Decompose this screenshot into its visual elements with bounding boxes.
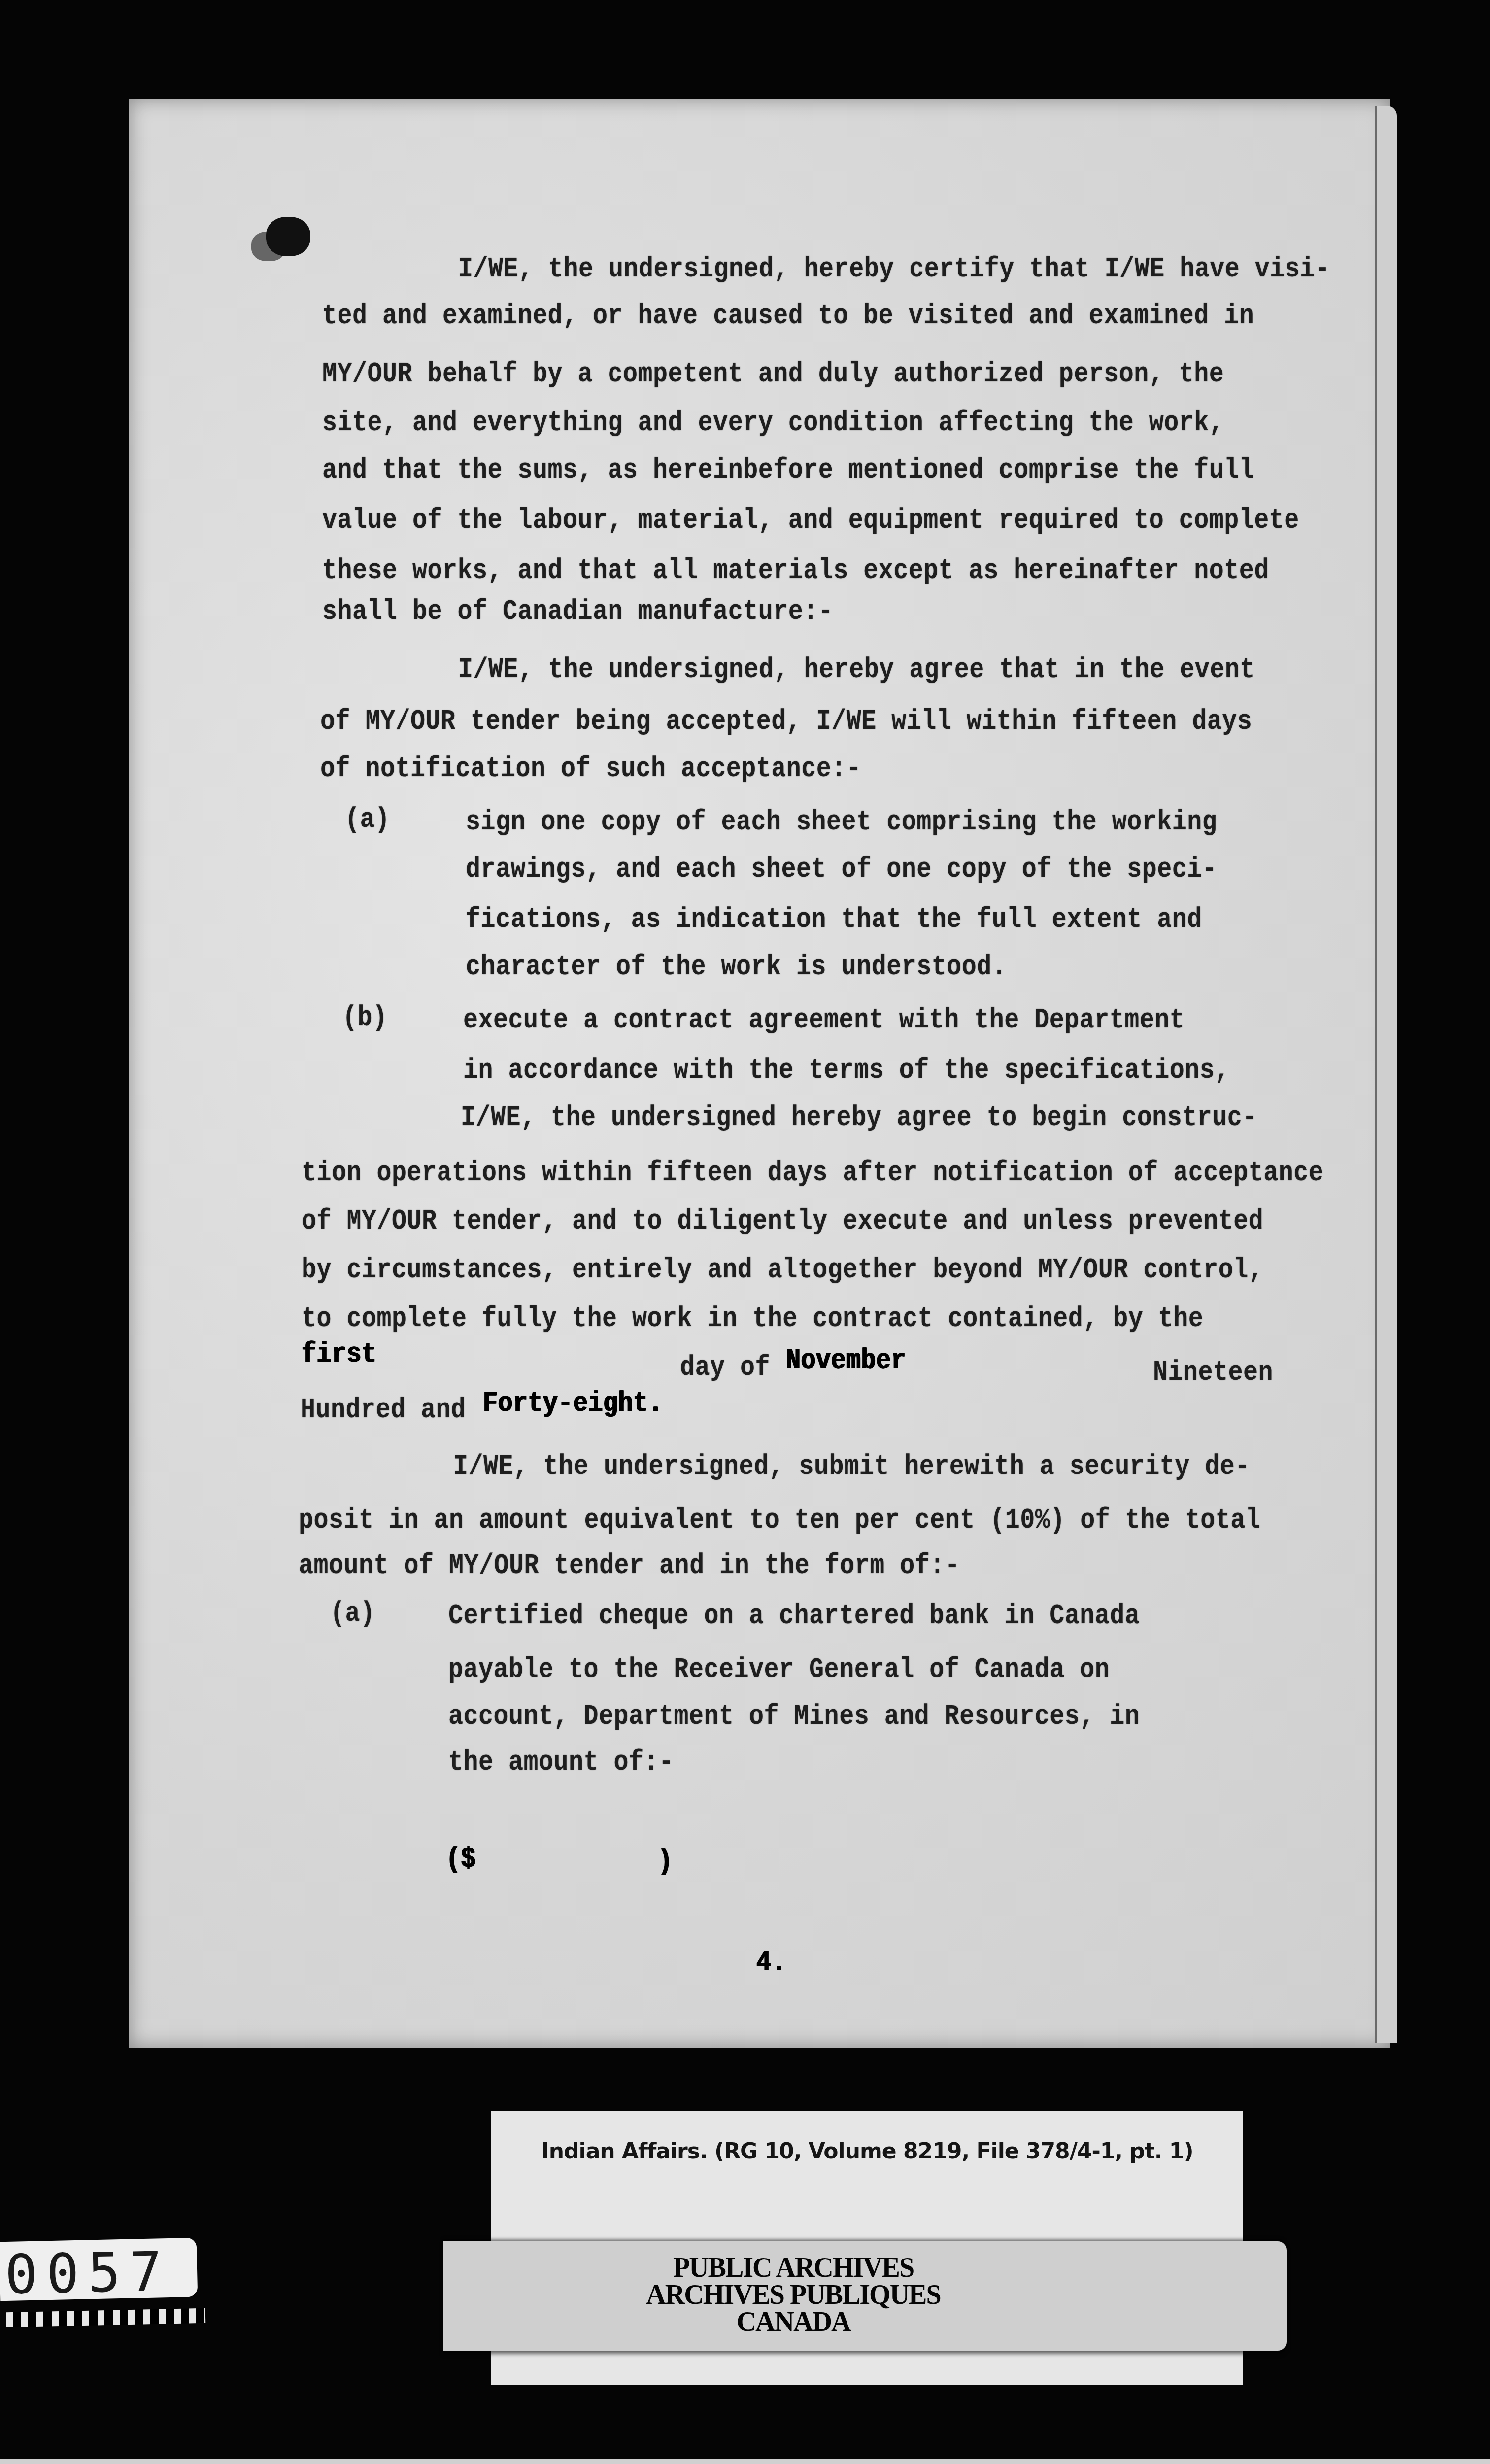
page-number: 4. xyxy=(756,1947,786,1981)
text-line: MY/OUR behalf by a competent and duly au… xyxy=(322,358,1224,392)
day-of-label: day of xyxy=(680,1351,770,1385)
text-line: of notification of such acceptance:- xyxy=(320,753,861,787)
archive-stamp-line-3: CANADA xyxy=(572,2309,1015,2336)
text-line: shall be of Canadian manufacture:- xyxy=(322,595,833,629)
text-line: I/WE, the undersigned hereby agree to be… xyxy=(461,1101,1257,1135)
text-line: payable to the Receiver General of Canad… xyxy=(448,1653,1110,1687)
completion-month-value: November xyxy=(786,1344,906,1378)
list-marker: (a) xyxy=(330,1597,375,1631)
text-line: account, Department of Mines and Resourc… xyxy=(448,1700,1140,1734)
list-marker: (b) xyxy=(342,1001,388,1035)
nineteen-label: Nineteen xyxy=(1153,1356,1273,1390)
page-edge xyxy=(1375,106,1397,2043)
amount-field-open: ($ xyxy=(446,1843,476,1877)
text-line: in accordance with the terms of the spec… xyxy=(463,1054,1230,1088)
list-marker: (a) xyxy=(345,803,390,837)
text-line: I/WE, the undersigned, hereby agree that… xyxy=(458,653,1255,687)
text-line: of MY/OUR tender being accepted, I/WE wi… xyxy=(320,705,1252,739)
text-line: sign one copy of each sheet comprising t… xyxy=(466,806,1217,840)
text-line: fications, as indication that the full e… xyxy=(466,903,1202,937)
archive-stamp-line-1: PUBLIC ARCHIVES xyxy=(572,2255,1015,2282)
text-line: amount of MY/OUR tender and in the form … xyxy=(299,1549,960,1583)
text-line: Certified cheque on a chartered bank in … xyxy=(448,1600,1140,1634)
frame-counter-value: 0057 xyxy=(4,2239,198,2306)
text-line: ted and examined, or have caused to be v… xyxy=(322,300,1254,334)
text-line: drawings, and each sheet of one copy of … xyxy=(466,853,1217,887)
reference-label-text: Indian Affairs. (RG 10, Volume 8219, Fil… xyxy=(493,2139,1242,2164)
text-line: the amount of:- xyxy=(448,1746,674,1780)
completion-year-value: Forty-eight. xyxy=(483,1387,663,1421)
text-line: by circumstances, entirely and altogethe… xyxy=(302,1254,1263,1288)
text-line: posit in an amount equivalent to ten per… xyxy=(299,1504,1260,1538)
text-line: tion operations within fifteen days afte… xyxy=(302,1157,1323,1191)
text-line: character of the work is understood. xyxy=(466,951,1007,985)
archive-stamp: PUBLIC ARCHIVES ARCHIVES PUBLIQUES CANAD… xyxy=(572,2255,1015,2336)
film-bottom-edge xyxy=(0,2459,1490,2464)
hundred-and-label: Hundred and xyxy=(301,1394,466,1428)
completion-day-value: first xyxy=(302,1338,377,1372)
text-line: and that the sums, as hereinbefore menti… xyxy=(322,454,1254,488)
text-line: these works, and that all materials exce… xyxy=(322,554,1269,588)
text-line: of MY/OUR tender, and to diligently exec… xyxy=(302,1205,1263,1239)
text-line: execute a contract agreement with the De… xyxy=(463,1004,1185,1038)
amount-field-close: ) xyxy=(658,1846,673,1880)
punch-hole-mark xyxy=(266,217,310,256)
archive-stamp-line-2: ARCHIVES PUBLIQUES xyxy=(572,2282,1015,2309)
text-line: I/WE, the undersigned, submit herewith a… xyxy=(453,1450,1250,1484)
text-line: site, and everything and every condition… xyxy=(322,407,1224,441)
text-line: value of the labour, material, and equip… xyxy=(322,504,1299,538)
text-line: to complete fully the work in the contra… xyxy=(302,1302,1203,1336)
film-sprocket-holes xyxy=(6,2308,206,2327)
text-line: I/WE, the undersigned, hereby certify th… xyxy=(458,253,1330,287)
